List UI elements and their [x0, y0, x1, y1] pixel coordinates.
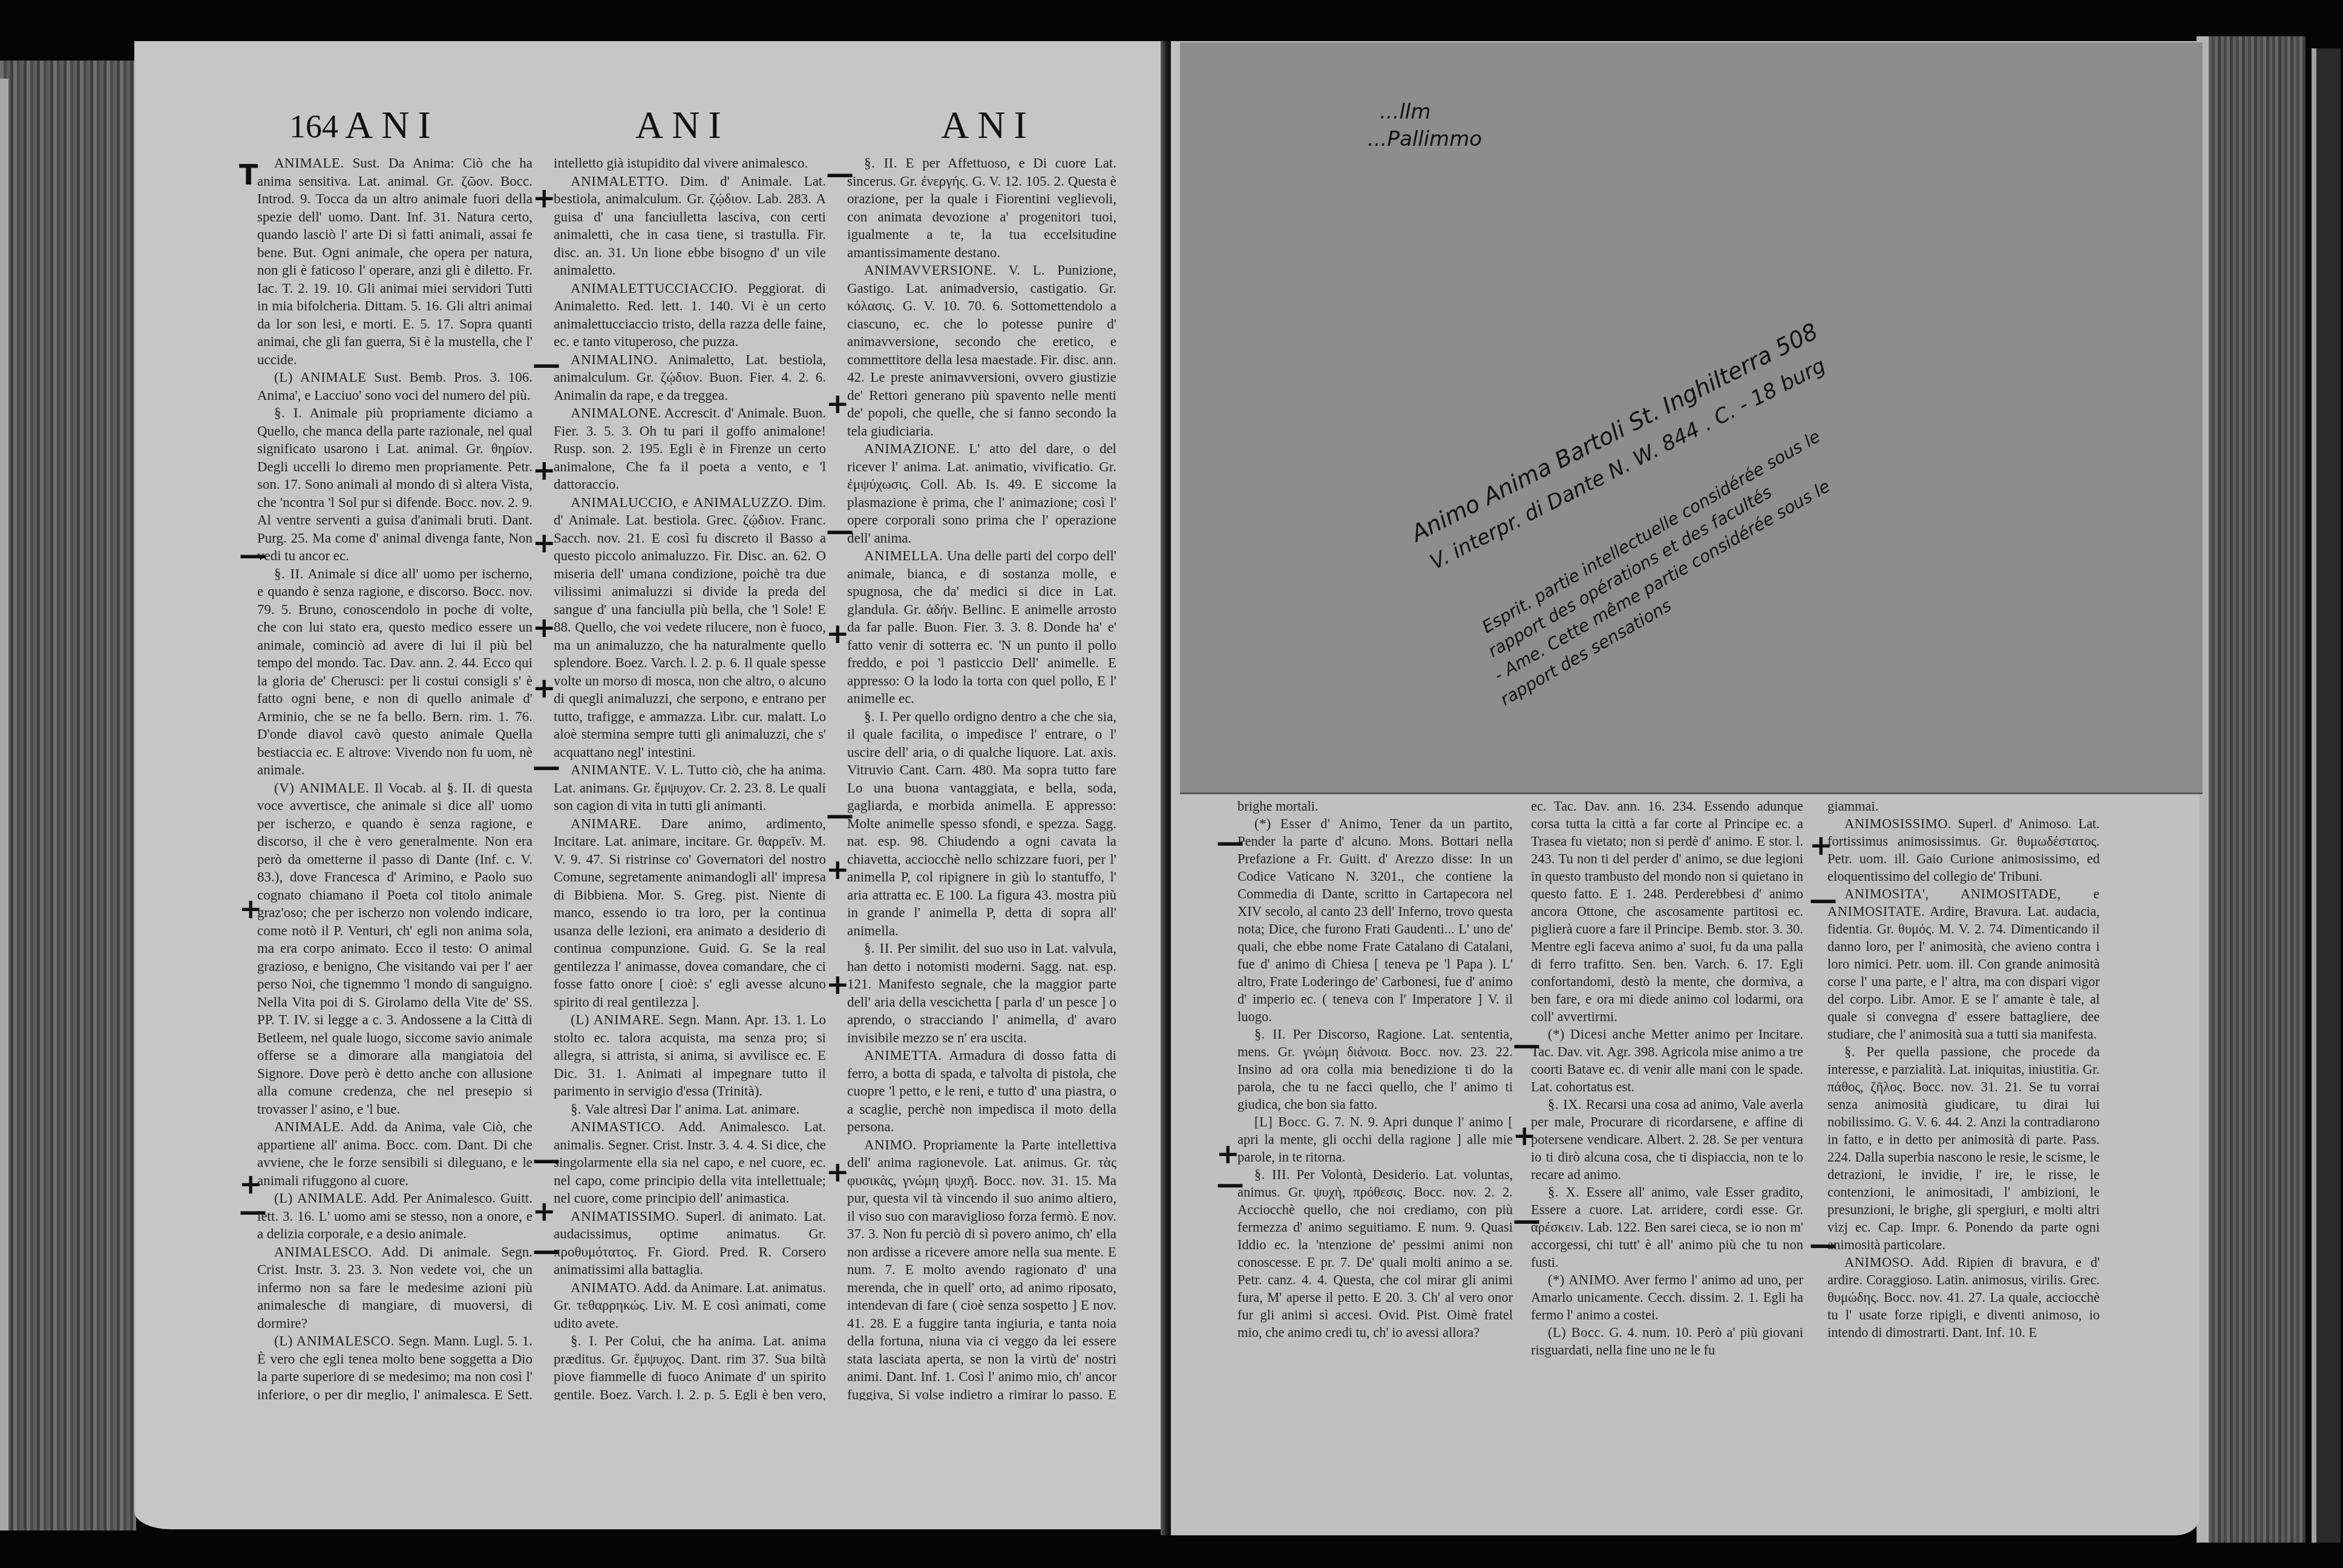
dictionary-entry: §. I. Animale più propriamente diciamo a…: [257, 404, 532, 565]
dictionary-entry: §. II. Per similit. del suo uso in Lat. …: [847, 939, 1116, 1047]
entry-text: . Dare animo, ardimento, Incitare. Lat. …: [554, 816, 826, 1010]
dictionary-entry: (L) ANIMARE. Segn. Mann. Apr. 13. 1. Lo …: [554, 1011, 826, 1100]
left-page-edges: [0, 60, 136, 1530]
margin-mark: +: [532, 526, 556, 559]
margin-mark: +: [532, 611, 556, 644]
margin-mark: —: [1216, 826, 1244, 858]
left-cover-edge: [0, 79, 8, 1530]
entry-headword: §. X.: [1548, 1184, 1579, 1200]
entry-text: . Propriamente la Parte intellettiva del…: [847, 1137, 1116, 1401]
margin-mark: —: [1809, 883, 1837, 916]
dictionary-entry: §. II. Animale si dice all' uomo per isc…: [257, 565, 532, 779]
entry-text: intelletto già istupidito dal vivere ani…: [554, 155, 808, 171]
entry-headword: ANIMAZIONE: [864, 441, 956, 456]
entry-text: Animale si dice all' uomo per ischerno, …: [257, 566, 532, 778]
margin-mark: +: [1513, 1119, 1536, 1152]
handwritten-corner-note-1: ...llm: [1380, 100, 1430, 124]
dictionary-entry: (L) ANIMALE. Add. Per Animalesco. Guitt.…: [257, 1189, 532, 1243]
entry-headword: ANIMALUCCIO, e ANIMALUZZO: [571, 495, 789, 510]
entry-text: Vale altresì Dar l' anima. Lat. animare.: [582, 1102, 799, 1117]
left-page-column-3: §. II. E per Affettuoso, e Di cuore Lat.…: [847, 154, 1116, 1400]
entry-headword: §. II.: [864, 941, 893, 956]
dictionary-entry: ANIMOSO. Add. Ripien di bravura, e d' ar…: [1827, 1253, 2100, 1341]
dictionary-entry: ANIMALE. Add. da Anima, vale Ciò, che ap…: [257, 1118, 532, 1189]
dictionary-entry: ANIMO. Propriamente la Parte intellettiv…: [847, 1136, 1116, 1401]
entry-headword: §. I.: [571, 1333, 598, 1348]
margin-mark: —: [826, 157, 854, 190]
entry-headword: ANIMALONE: [571, 405, 658, 420]
entry-text: Per Volontà, Desiderio. Lat. voluntas, a…: [1237, 1167, 1513, 1340]
entry-text: . L' atto del dare, o del ricever l' ani…: [847, 441, 1116, 546]
entry-text: . Una delle parti del corpo dell' animal…: [847, 548, 1116, 706]
entry-headword: §.: [1844, 1044, 1855, 1059]
dictionary-entry: (L) ANIMALE Sust. Bemb. Pros. 3. 106. An…: [257, 368, 532, 404]
dictionary-entry: §. II. Per Discorso, Ragione. Lat. sente…: [1237, 1025, 1513, 1113]
entry-headword: ANIMALE: [274, 155, 341, 171]
dictionary-entry: (V) ANIMALE. Il Vocab. al §. II. di ques…: [257, 779, 532, 1119]
dictionary-entry: [L] Bocc. G. 7. N. 9. Apri dunque l' ani…: [1237, 1113, 1513, 1166]
entry-headword: §. II.: [274, 566, 304, 581]
margin-mark: —: [826, 799, 854, 831]
entry-text: . V. L. Punizione, Gastigo. Lat. animadv…: [847, 263, 1116, 439]
entry-headword: ANIMETTA: [864, 1048, 938, 1063]
entry-headword: (L) ANIMALESCO: [274, 1333, 391, 1348]
entry-text: Per similit. del suo uso in Lat. valvula…: [847, 941, 1116, 1045]
entry-headword: §. I.: [274, 405, 302, 420]
dictionary-entry: (*) Dicesi anche Metter animo per Incita…: [1531, 1025, 1803, 1096]
dictionary-entry: ANIMOSITA', ANIMOSITADE, e ANIMOSITATE. …: [1827, 885, 2100, 1043]
right-cover-edge: [2312, 48, 2341, 1543]
margin-mark: —: [239, 1195, 267, 1227]
entry-headword: ANIMARE: [571, 816, 638, 831]
left-page-column-1: ANIMALE. Sust. Da Anima: Ciò che ha anim…: [257, 154, 532, 1400]
entry-text: . Ardire, Bravura. Lat. audacia, fidenti…: [1827, 904, 2100, 1042]
margin-mark: +: [532, 1195, 556, 1227]
entry-headword: §. III.: [1254, 1167, 1290, 1182]
dictionary-entry: §. II. E per Affettuoso, e Di cuore Lat.…: [847, 154, 1116, 261]
dictionary-entry: ANIMALE. Sust. Da Anima: Ciò che ha anim…: [257, 154, 532, 368]
entry-headword: §. IX.: [1548, 1097, 1582, 1112]
margin-mark: +: [826, 617, 850, 650]
entry-headword: ANIMATO: [571, 1280, 637, 1295]
entry-text: Animale più propriamente diciamo a Quell…: [257, 405, 532, 563]
margin-mark: +: [826, 1155, 850, 1188]
dictionary-entry: §. IX. Recarsi una cosa ad animo, Vale a…: [1531, 1096, 1803, 1183]
entry-text: . Dim. d' Animale. Lat. bestiola. Grec. …: [554, 495, 826, 760]
entry-headword: ANIMAVVERSIONE: [864, 263, 992, 278]
entry-text: Per quello ordigno dentro a che che sia,…: [847, 709, 1116, 938]
entry-headword: §. II.: [1254, 1027, 1286, 1042]
dictionary-entry: ANIMATO. Add. da Animare. Lat. animatus.…: [554, 1279, 826, 1333]
entry-headword: (*) Esser d' Animo: [1254, 816, 1378, 831]
entry-text: giammai.: [1827, 799, 1878, 814]
entry-text: brighe mortali.: [1237, 799, 1319, 814]
dictionary-entry: §. III. Per Volontà, Desiderio. Lat. vol…: [1237, 1166, 1513, 1341]
entry-headword: §. II.: [864, 155, 897, 171]
dictionary-entry: ANIMALETTUCCIACCIO. Peggiorat. di Animal…: [554, 279, 826, 351]
dictionary-entry: ANIMAZIONE. L' atto del dare, o del rice…: [847, 440, 1116, 547]
dictionary-entry: ANIMELLA. Una delle parti del corpo dell…: [847, 547, 1116, 708]
entry-headword: (L) ANIMALE: [274, 370, 367, 385]
entry-headword: ANIMALE: [274, 1119, 341, 1134]
entry-headword: ANIMALETTO: [571, 174, 664, 189]
dictionary-entry: brighe mortali.: [1237, 797, 1513, 815]
margin-mark: —: [532, 348, 560, 381]
entry-headword: [L] Bocc.: [1254, 1114, 1311, 1129]
entry-headword: (V) ANIMALE: [274, 780, 365, 795]
entry-text: . Il Vocab. al §. II. di questa voce avv…: [257, 780, 532, 1117]
margin-mark: —: [532, 750, 560, 783]
entry-text: , Tener da un partito, Pender la parte d…: [1237, 816, 1513, 1024]
right-page-column-2: ec. Tac. Dav. ann. 16. 234. Essendo adun…: [1531, 797, 1803, 1402]
dictionary-entry: ANIMETTA. Armadura di dosso fatta di fer…: [847, 1047, 1116, 1136]
entry-headword: ANIMASTICO: [571, 1119, 661, 1134]
entry-headword: ANIMO: [864, 1137, 913, 1152]
margin-mark: T: [239, 158, 258, 191]
entry-text: ec. Tac. Dav. ann. 16. 234. Essendo adun…: [1531, 799, 1803, 1024]
entry-headword: ANIMALINO: [571, 352, 654, 367]
dictionary-entry: ANIMALUCCIO, e ANIMALUZZO. Dim. d' Anima…: [554, 494, 826, 762]
handwritten-corner-note-2: ...Pallimmo: [1368, 127, 1482, 151]
margin-mark: +: [532, 671, 556, 704]
dictionary-entry: intelletto già istupidito dal vivere ani…: [554, 154, 826, 172]
page-number: 164: [289, 108, 338, 145]
margin-mark: +: [532, 454, 556, 486]
dictionary-entry: ANIMAVVERSIONE. V. L. Punizione, Gastigo…: [847, 261, 1116, 440]
dictionary-entry: ANIMATISSIMO. Superl. di animato. Lat. a…: [554, 1207, 826, 1279]
entry-headword: (L) ANIMARE: [571, 1012, 661, 1027]
margin-mark: —: [239, 538, 267, 571]
entry-headword: (*) ANIMO: [1548, 1272, 1616, 1287]
margin-mark: +: [532, 181, 556, 214]
right-page-column-1: brighe mortali.(*) Esser d' Animo, Tener…: [1237, 797, 1513, 1402]
running-head-2: ANI: [635, 103, 730, 148]
margin-mark: +: [239, 892, 263, 925]
margin-mark: —: [1809, 1228, 1837, 1261]
running-head-1: ANI: [345, 103, 439, 148]
margin-mark: —: [532, 1143, 560, 1176]
entry-headword: ANIMALESCO: [274, 1244, 369, 1259]
dictionary-entry: §. I. Per quello ordigno dentro a che ch…: [847, 708, 1116, 940]
left-page-column-2: intelletto già istupidito dal vivere ani…: [554, 154, 826, 1400]
entry-headword: §.: [571, 1102, 582, 1117]
margin-mark: +: [826, 968, 850, 1001]
margin-mark: +: [1216, 1137, 1240, 1170]
dictionary-entry: ANIMALESCO. Add. Di animale. Segn. Crist…: [257, 1243, 532, 1333]
margin-mark: —: [826, 514, 854, 547]
running-head-3: ANI: [941, 103, 1035, 148]
entry-text: Per quella passione, che procede da inte…: [1827, 1044, 2100, 1252]
dictionary-entry: ANIMANTE. V. L. Tutto ciò, che ha anima.…: [554, 761, 826, 815]
entry-headword: ANIMOSO: [1844, 1255, 1910, 1270]
entry-headword: ANIMATISSIMO: [571, 1209, 675, 1224]
margin-mark: +: [826, 387, 850, 420]
dictionary-entry: (*) ANIMO. Aver fermo l' animo ad uno, p…: [1531, 1271, 1803, 1324]
dictionary-entry: ANIMARE. Dare animo, ardimento, Incitare…: [554, 815, 826, 1011]
entry-headword: (*) Dicesi anche Metter animo: [1548, 1027, 1731, 1042]
right-page-edges: [2209, 36, 2305, 1543]
entry-headword: ANIMALETTUCCIACCIO: [571, 281, 734, 296]
dictionary-entry: §. Vale altresì Dar l' anima. Lat. anima…: [554, 1100, 826, 1119]
entry-headword: (L) ANIMALE: [274, 1191, 364, 1206]
entry-text: . Dim. d' Animale. Lat. bestiola, animal…: [554, 174, 826, 278]
margin-mark: —: [1216, 1168, 1244, 1200]
dictionary-entry: §. X. Essere all' animo, vale Esser grad…: [1531, 1183, 1803, 1271]
entry-headword: ANIMELLA: [864, 548, 939, 563]
entry-text: . Sust. Da Anima: Ciò che ha anima sensi…: [257, 155, 532, 367]
dictionary-entry: ANIMASTICO. Add. Animalesco. Lat. animal…: [554, 1118, 826, 1207]
dictionary-entry: (L) ANIMALESCO. Segn. Mann. Lugl. 5. 1. …: [257, 1332, 532, 1400]
margin-mark: —: [1513, 1028, 1541, 1061]
entry-text: E per Affettuoso, e Di cuore Lat. sincer…: [847, 155, 1116, 260]
dictionary-entry: (*) Esser d' Animo, Tener da un partito,…: [1237, 815, 1513, 1025]
entry-headword: ANIMOSISSIMO: [1844, 816, 1948, 831]
margin-mark: +: [1809, 829, 1833, 861]
entry-headword: (L) Bocc.: [1548, 1325, 1604, 1340]
dictionary-entry: ANIMALETTO. Dim. d' Animale. Lat. bestio…: [554, 172, 826, 279]
dictionary-entry: ANIMOSISSIMO. Superl. d' Animoso. Lat. f…: [1827, 815, 2100, 885]
right-page-column-3: giammai.ANIMOSISSIMO. Superl. d' Animoso…: [1827, 797, 2100, 1402]
dictionary-entry: ec. Tac. Dav. ann. 16. 234. Essendo adun…: [1531, 797, 1803, 1025]
margin-mark: —: [1513, 1204, 1541, 1236]
dictionary-entry: §. I. Per Colui, che ha anima. Lat. anim…: [554, 1332, 826, 1400]
margin-mark: —: [532, 1234, 560, 1267]
entry-headword: §. I.: [864, 709, 888, 724]
entry-headword: ANIMANTE: [571, 762, 647, 777]
dictionary-entry: giammai.: [1827, 797, 2100, 815]
pasted-note-slip: ...llm ...Pallimmo Animo Anima Bartoli S…: [1180, 42, 2203, 794]
margin-mark: +: [826, 853, 850, 886]
dictionary-entry: ANIMALINO. Animaletto, Lat. bestiola, an…: [554, 351, 826, 405]
dictionary-entry: (L) Bocc. G. 4. num. 10. Però a' più gio…: [1531, 1324, 1803, 1359]
dictionary-entry: ANIMALONE. Accrescit. d' Animale. Buon. …: [554, 404, 826, 494]
dictionary-entry: §. Per quella passione, che procede da i…: [1827, 1043, 2100, 1253]
